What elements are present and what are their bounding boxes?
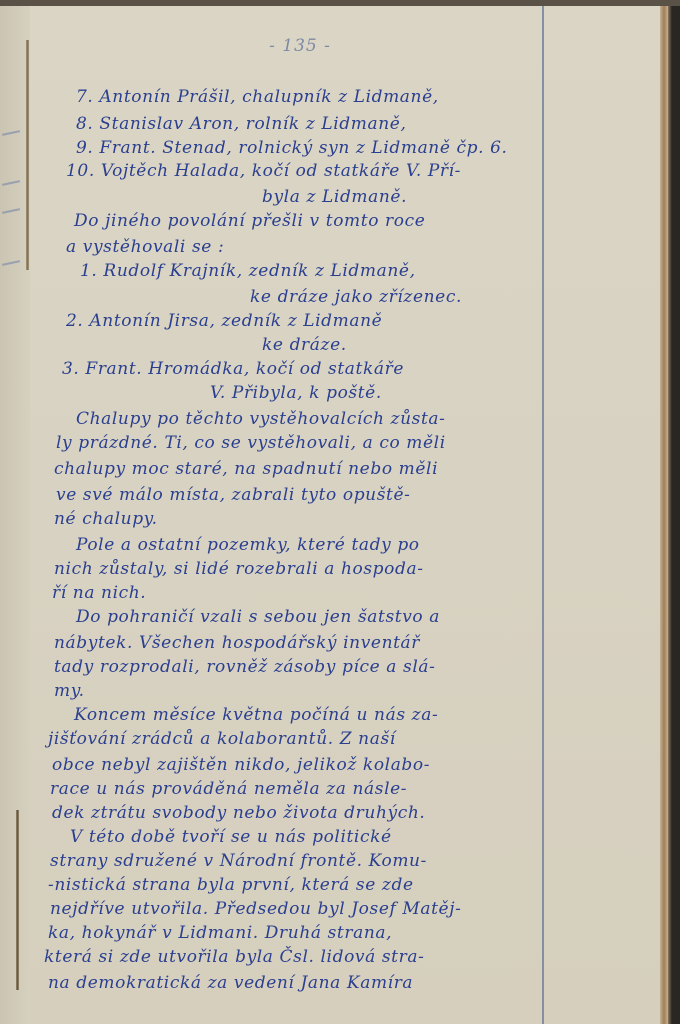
handwritten-line: 1. Rudolf Krajník, zedník z Lidmaně, xyxy=(80,260,416,282)
handwritten-line: která si zde utvořila byla Čsl. lidová s… xyxy=(44,946,424,968)
handwritten-line: 10. Vojtěch Halada, kočí od statkáře V. … xyxy=(66,160,461,182)
handwritten-line: obce nebyl zajištěn nikdo, jelikož kolab… xyxy=(52,754,430,776)
handwritten-line: nábytek. Všechen hospodářský inventář xyxy=(54,632,420,654)
handwritten-line: Do jiného povolání přešli v tomto roce xyxy=(74,210,425,232)
handwritten-line: Chalupy po těchto vystěhovalcích zůsta- xyxy=(76,408,445,430)
handwritten-line: 9. Frant. Stenad, rolnický syn z Lidmaně… xyxy=(76,137,508,159)
handwritten-line: 7. Antonín Prášil, chalupník z Lidmaně, xyxy=(76,86,439,108)
handwritten-line: V této době tvoří se u nás politické xyxy=(70,826,392,848)
handwritten-line: ka, hokynář v Lidmani. Druhá strana, xyxy=(48,922,392,944)
handwritten-line: Koncem měsíce května počíná u nás za- xyxy=(74,704,438,726)
handwritten-line: chalupy moc staré, na spadnutí nebo měli xyxy=(54,458,438,480)
handwritten-line: na demokratická za vedení Jana Kamíra xyxy=(48,972,413,994)
handwritten-line: Pole a ostatní pozemky, které tady po xyxy=(76,534,420,556)
handwritten-line: ří na nich. xyxy=(52,582,146,604)
handwritten-line: race u nás prováděná neměla za násle- xyxy=(50,778,407,800)
handwritten-line: ly prázdné. Ti, co se vystěhovali, a co … xyxy=(56,432,446,454)
handwritten-line: nejdříve utvořila. Předsedou byl Josef M… xyxy=(50,898,461,920)
handwritten-line: 3. Frant. Hromádka, kočí od statkáře xyxy=(62,358,404,380)
handwritten-line: 2. Antonín Jirsa, zedník z Lidmaně xyxy=(66,310,382,332)
handwritten-line: 8. Stanislav Aron, rolník z Lidmaně, xyxy=(76,113,406,135)
handwritten-line: ke dráze jako zřízenec. xyxy=(250,286,462,308)
handwritten-line: tady rozprodali, rovněž zásoby píce a sl… xyxy=(54,656,435,678)
handwritten-line: V. Přibyla, k poště. xyxy=(210,382,382,404)
handwritten-line: jišťování zrádců a kolaborantů. Z naší xyxy=(48,728,396,750)
handwritten-line: strany sdružené v Národní frontě. Komu- xyxy=(50,850,427,872)
handwritten-text-body: 7. Antonín Prášil, chalupník z Lidmaně,8… xyxy=(0,0,680,1024)
handwritten-line: ke dráze. xyxy=(262,334,347,356)
handwritten-line: -nistická strana byla první, která se zd… xyxy=(48,874,414,896)
handwritten-line: ve své málo místa, zabrali tyto opuště- xyxy=(56,484,411,506)
handwritten-line: Do pohraničí vzali s sebou jen šatstvo a xyxy=(76,606,440,628)
handwritten-line: a vystěhovali se : xyxy=(66,236,224,258)
handwritten-line: né chalupy. xyxy=(54,508,158,530)
handwritten-line: dek ztrátu svobody nebo života druhých. xyxy=(52,802,425,824)
handwritten-line: byla z Lidmaně. xyxy=(262,186,407,208)
handwritten-line: nich zůstaly, si lidé rozebrali a hospod… xyxy=(54,558,424,580)
handwritten-line: my. xyxy=(54,680,85,702)
